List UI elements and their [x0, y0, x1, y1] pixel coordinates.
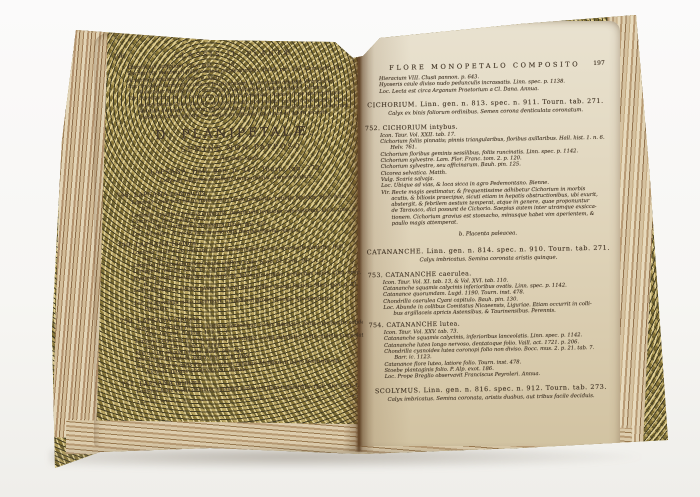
- left-folio-number: 196: [113, 53, 125, 60]
- text-line: D. PLANIPETALÆ.: [113, 122, 357, 143]
- right-page-lines: Hieracium VIII. Clusii pannon. p. 643.Hy…: [363, 72, 613, 410]
- left-page-text: 196 CLASSIS II. PLANTÆ Doronicum latifol…: [111, 47, 365, 404]
- right-folio-number: 197: [593, 60, 605, 67]
- right-page-text: FLORE MONOPETALO COMPOSITO 197 Hieracium…: [363, 60, 614, 410]
- left-page-lines: Doronicum latifolium. Clus. hist. 2. p. …: [111, 59, 364, 404]
- book-photo: 196 CLASSIS II. PLANTÆ Doronicum latifol…: [0, 0, 700, 497]
- book-drop-shadow: [50, 448, 650, 470]
